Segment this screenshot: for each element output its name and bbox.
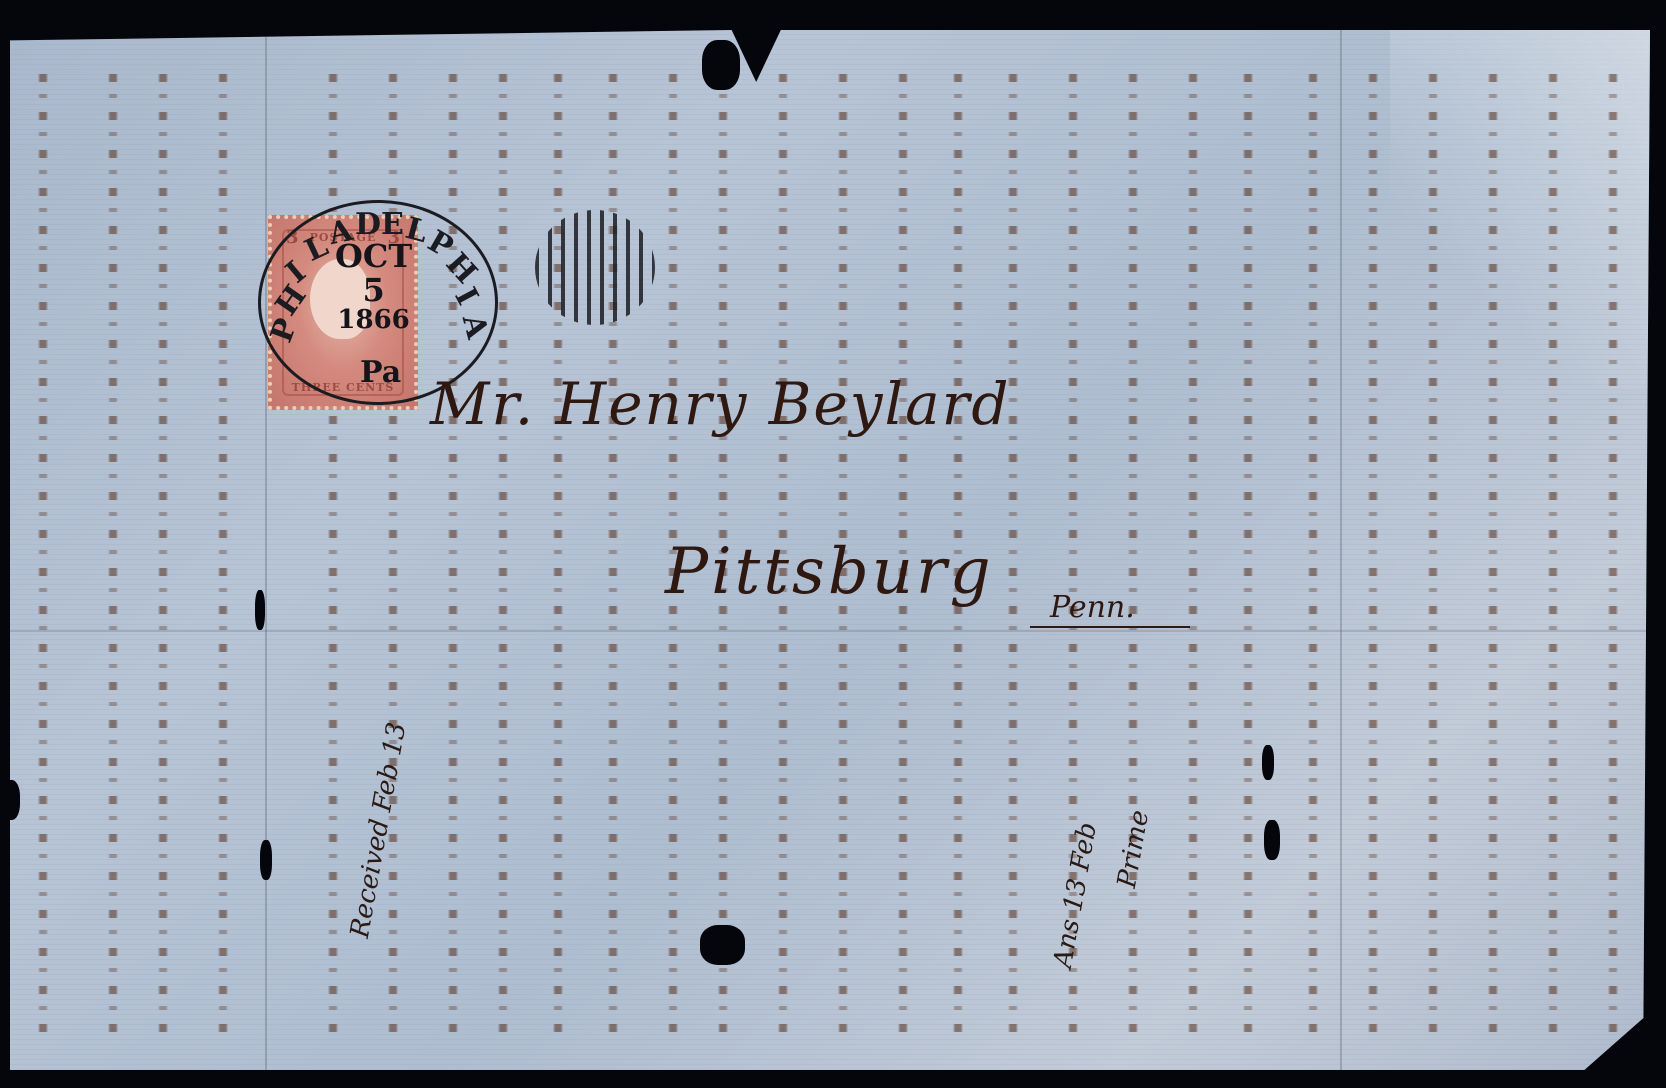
postmark-state: Pa bbox=[360, 355, 401, 390]
letter-script-column bbox=[100, 60, 126, 1040]
paper-tear bbox=[0, 780, 20, 820]
postmark-month: OCT bbox=[335, 240, 412, 274]
postmark-day: 5 bbox=[335, 274, 412, 308]
letter-script-column bbox=[150, 60, 176, 1040]
letter-script-column bbox=[1540, 60, 1566, 1040]
letter-script-column bbox=[1480, 60, 1506, 1040]
letter-script-column bbox=[1300, 60, 1326, 1040]
paper-tear bbox=[260, 840, 272, 880]
fold-line-right bbox=[1340, 30, 1342, 1070]
postmark-date: OCT 5 1866 bbox=[335, 240, 412, 334]
paper-tear bbox=[1262, 745, 1274, 780]
letter-script-column bbox=[1420, 60, 1446, 1040]
address-state: Penn. bbox=[1050, 590, 1135, 625]
paper-tear bbox=[700, 925, 745, 965]
address-city: Pittsburg bbox=[665, 535, 994, 609]
letter-script-column bbox=[1000, 60, 1026, 1040]
letter-script-column bbox=[600, 60, 626, 1040]
fold-line-left bbox=[265, 30, 267, 1070]
letter-script-column bbox=[210, 60, 236, 1040]
paper-tear bbox=[1264, 820, 1280, 860]
paper-tear bbox=[702, 40, 740, 90]
letter-script-column bbox=[1600, 60, 1626, 1040]
grid-cancel-mark bbox=[535, 210, 655, 325]
letter-script-column bbox=[1360, 60, 1386, 1040]
address-underline bbox=[1030, 626, 1190, 628]
letter-script-column bbox=[30, 60, 56, 1040]
postmark-year: 1866 bbox=[335, 307, 412, 334]
letter-script-column bbox=[1235, 60, 1261, 1040]
paper-tear bbox=[255, 590, 265, 630]
addressee-name: Mr. Henry Beylard bbox=[430, 370, 1011, 438]
letter-script-column bbox=[1180, 60, 1206, 1040]
letter-script-column bbox=[545, 60, 571, 1040]
letter-script-column bbox=[1120, 60, 1146, 1040]
